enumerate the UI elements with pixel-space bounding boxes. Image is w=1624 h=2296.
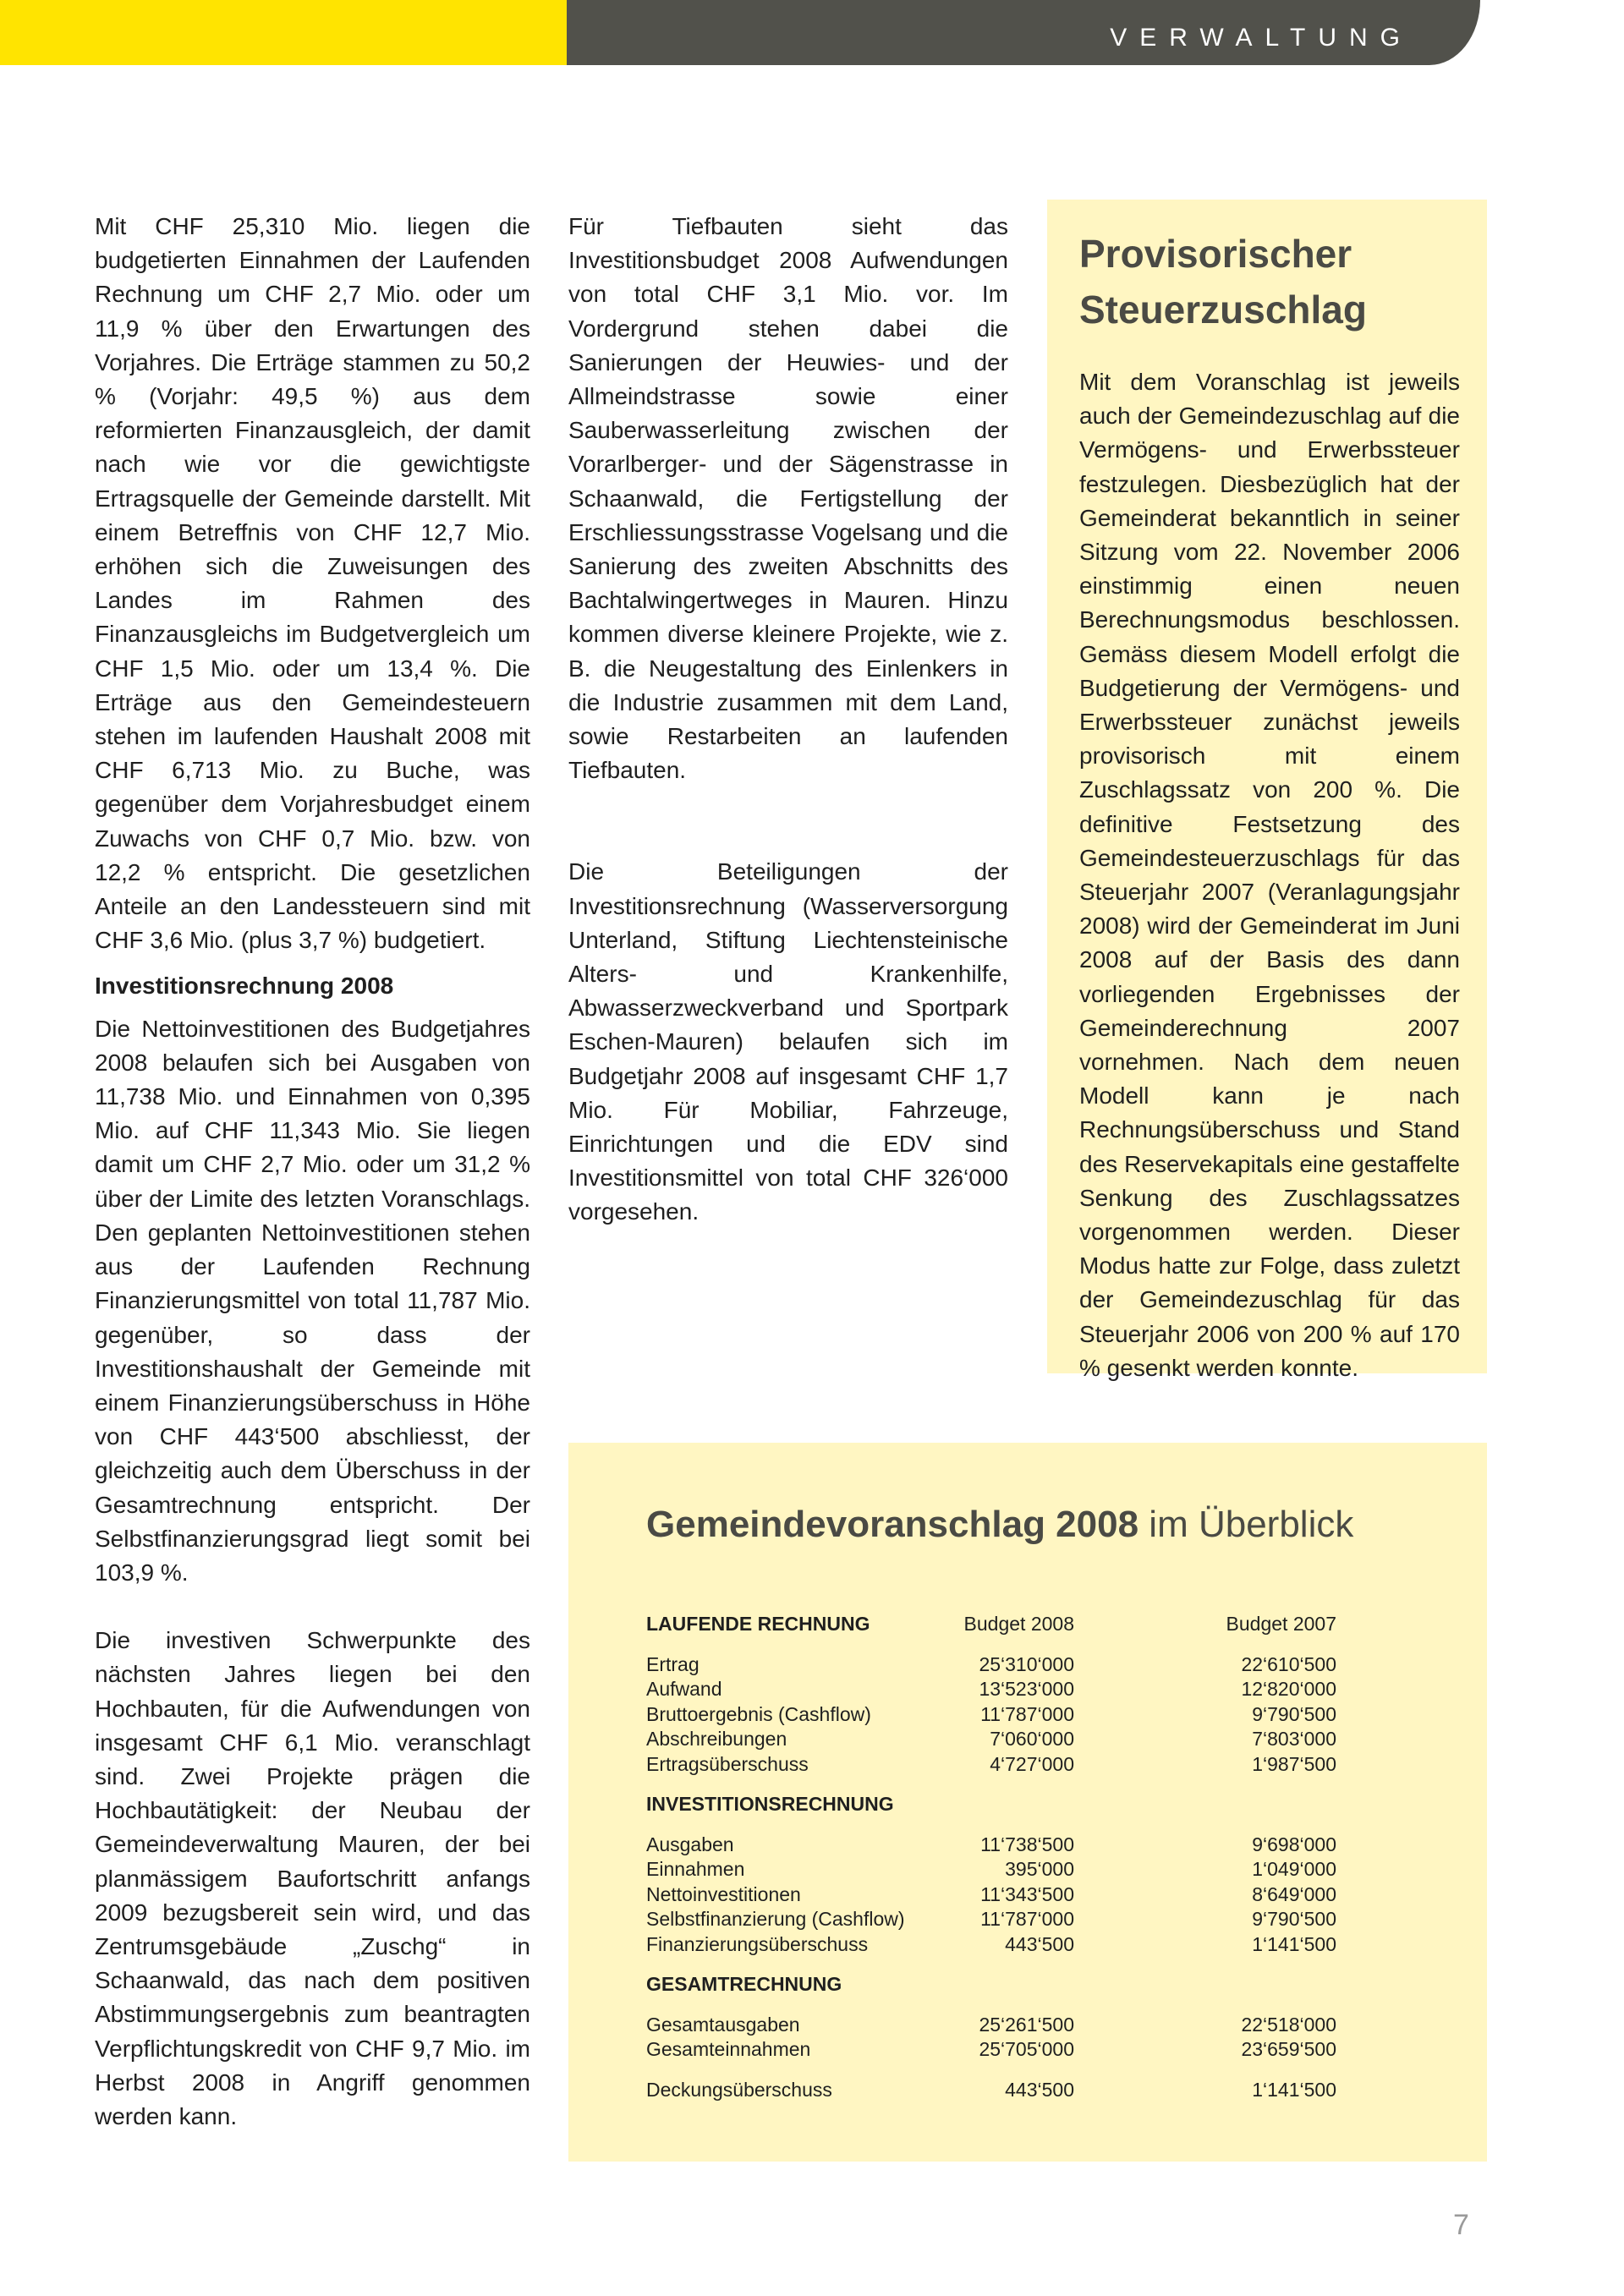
table-row: Einnahmen395‘0001‘049‘000 — [646, 1857, 1407, 1882]
sidebar-text: Mit dem Voranschlag ist jeweils auch der… — [1079, 365, 1460, 1385]
paragraph: Die Beteiligungen der Investitionsrechnu… — [568, 855, 1008, 1229]
page-number: 7 — [1453, 2209, 1469, 2242]
table-row: Finanzierungsüberschuss443‘5001‘141‘500 — [646, 1932, 1407, 1958]
paragraph: Mit CHF 25,310 Mio. liegen die budgetier… — [95, 210, 530, 957]
header-yellow-bar — [0, 0, 567, 65]
table-title: Gemeindevoranschlag 2008 im Überblick — [646, 1504, 1353, 1546]
table-row: Abschreibungen7‘060‘0007‘803‘000 — [646, 1727, 1407, 1752]
subheading: Investitionsrechnung 2008 — [95, 969, 530, 1003]
table-header-row: LAUFENDE RECHNUNG Budget 2008 Budget 200… — [646, 1612, 1407, 1637]
table-row: Ausgaben11‘738‘5009‘698‘000 — [646, 1833, 1407, 1858]
table-row: Aufwand13‘523‘00012‘820‘000 — [646, 1677, 1407, 1702]
table-row: Ertrag25‘310‘00022‘610‘500 — [646, 1652, 1407, 1678]
article-column-2: Für Tiefbauten sieht das Investitionsbud… — [568, 210, 1008, 1230]
table-section-heading: GESAMTRECHNUNG — [646, 1972, 1407, 1997]
paragraph: Die investiven Schwerpunkte des nächsten… — [95, 1624, 530, 2134]
article-column-1: Mit CHF 25,310 Mio. liegen die budgetier… — [95, 210, 530, 2134]
table-row: Gesamtausgaben25‘261‘50022‘518‘000 — [646, 2013, 1407, 2038]
table-row: Deckungsüberschuss443‘5001‘141‘500 — [646, 2078, 1407, 2103]
paragraph: Die Nettoinvestitionen des Budgetjahres … — [95, 1012, 530, 1590]
table-section-heading: INVESTITIONSRECHNUNG — [646, 1792, 1407, 1817]
header-gray-bar: VERWALTUNG — [567, 0, 1480, 65]
paragraph: Für Tiefbauten sieht das Investitionsbud… — [568, 210, 1008, 787]
budget-overview-box: Gemeindevoranschlag 2008 im Überblick LA… — [568, 1443, 1487, 2162]
table-row: Selbstfinanzierung (Cashflow)11‘787‘0009… — [646, 1907, 1407, 1932]
sidebar-title: Provisorischer — [1079, 228, 1460, 279]
section-title: VERWALTUNG — [1110, 24, 1413, 52]
sidebar-subtitle: Steuerzuschlag — [1079, 279, 1460, 340]
budget-table: LAUFENDE RECHNUNG Budget 2008 Budget 200… — [646, 1612, 1407, 2102]
table-row: Ertragsüberschuss4‘727‘0001‘987‘500 — [646, 1752, 1407, 1778]
table-row: Gesamteinnahmen25‘705‘00023‘659‘500 — [646, 2037, 1407, 2063]
table-row: Nettoinvestitionen11‘343‘5008‘649‘000 — [646, 1882, 1407, 1908]
table-row: Bruttoergebnis (Cashflow)11‘787‘0009‘790… — [646, 1702, 1407, 1728]
sidebar-box: Provisorischer Steuerzuschlag Mit dem Vo… — [1047, 200, 1487, 1373]
